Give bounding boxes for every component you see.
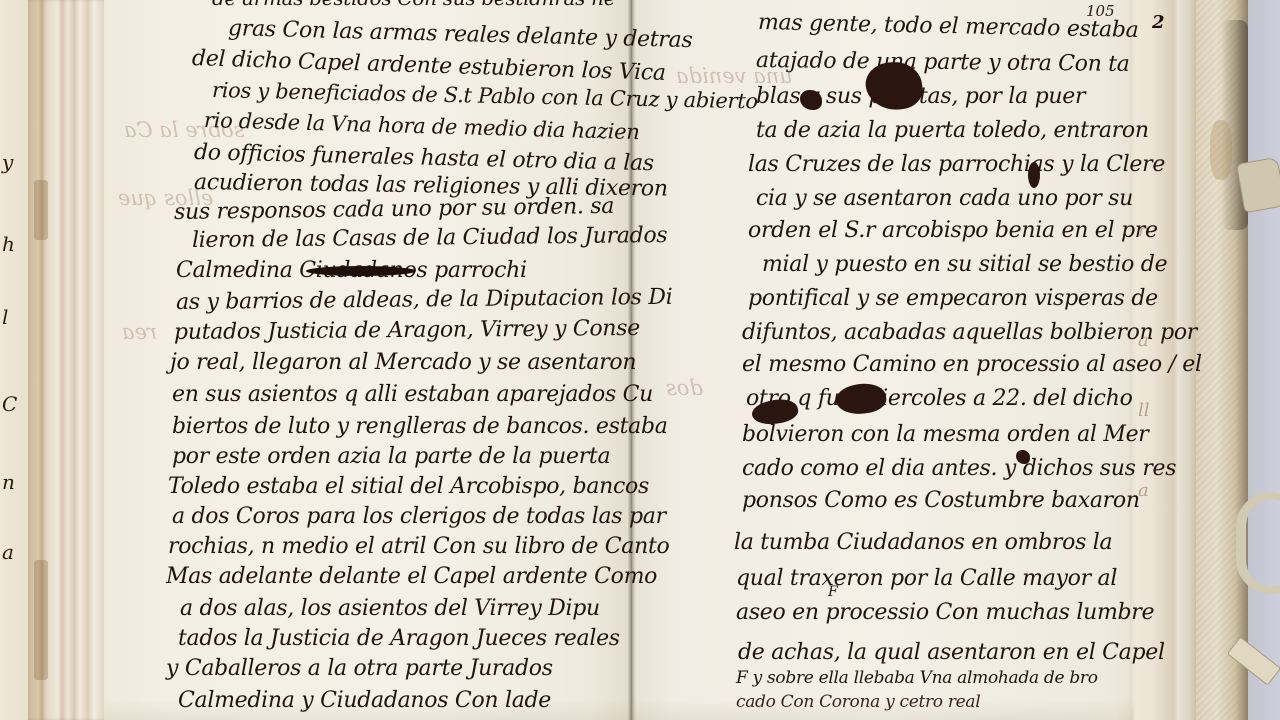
manuscript-line: de armas bestidos Con sus bestidnras ne xyxy=(212,0,615,10)
previous-page-fragment: l xyxy=(2,305,7,329)
bleed-through-text: rea xyxy=(122,320,157,344)
manuscript-line: tados la Justicia de Aragon Jueces reale… xyxy=(178,626,620,651)
binding-page-edges-left xyxy=(28,0,110,720)
manuscript-line: biertos de luto y renglleras de bancos. … xyxy=(172,414,668,439)
tie-ribbon xyxy=(1236,157,1280,214)
water-stain xyxy=(1210,120,1232,180)
manuscript-line: lieron de las Casas de la Ciudad los Jur… xyxy=(192,223,668,253)
manuscript-line: a dos Coros para los clerigos de todas l… xyxy=(172,504,666,529)
manuscript-line: difuntos, acabadas aquellas bolbieron po… xyxy=(742,320,1197,345)
manuscript-line: ta de azia la puerta toledo, entraron xyxy=(756,118,1149,143)
manuscript-line: en sus asientos q alli estaban aparejado… xyxy=(172,382,653,407)
interlinear-mark: F xyxy=(828,584,837,600)
previous-page-fragment: a xyxy=(2,540,13,564)
previous-page-fragment: n xyxy=(2,470,14,494)
manuscript-line: cia y se asentaron cada uno por su xyxy=(756,186,1133,211)
manuscript-line: jo real, llegaron al Mercado y se asenta… xyxy=(170,350,636,375)
ink-blot xyxy=(800,90,822,110)
tie-ribbon-loop xyxy=(1236,492,1280,594)
manuscript-line: las Cruzes de las parrochias y la Clere xyxy=(748,152,1165,177)
ink-strikethrough xyxy=(306,266,416,276)
manuscript-line: orden el S.r arcobispo benia en el pre xyxy=(748,218,1158,243)
ink-blot xyxy=(1016,450,1030,464)
previous-page-fragment: y xyxy=(2,150,12,174)
manuscript-line: F y sobre ella llebaba Vna almohada de b… xyxy=(736,668,1098,688)
manuscript-line: rochias, n medio el atril Con su libro d… xyxy=(168,534,669,559)
previous-page-fragment: C xyxy=(2,392,16,416)
manuscript-photo: y h l C n a sobre la Ca ellos que rea un… xyxy=(0,0,1280,720)
stain xyxy=(34,560,48,680)
ink-blot xyxy=(1028,162,1040,188)
manuscript-line: de achas, la qual asentaron en el Capel xyxy=(738,640,1165,665)
bleed-through-text: dos xyxy=(666,376,703,400)
manuscript-line: y Caballeros a la otra parte Jurados xyxy=(166,656,553,681)
page-shadow xyxy=(104,700,1134,720)
manuscript-line: bolvieron con la mesma orden al Mer xyxy=(742,422,1149,447)
vellum-cover xyxy=(1196,0,1248,720)
manuscript-line: Mas adelante delante el Capel ardente Co… xyxy=(166,564,657,589)
manuscript-line: por este orden azia la parte de la puert… xyxy=(172,444,610,469)
manuscript-line: as y barrios de aldeas, de la Diputacion… xyxy=(176,285,673,315)
margin-mark: 2 xyxy=(1152,12,1165,33)
manuscript-line: el mesmo Camino en processio al aseo / e… xyxy=(742,352,1202,377)
manuscript-line: a dos alas, los asientos del Virrey Dipu xyxy=(180,596,600,621)
manuscript-line: putados Justicia de Aragon, Virrey y Con… xyxy=(174,316,640,345)
previous-page-fragment: h xyxy=(2,232,14,256)
manuscript-line: Toledo estaba el sitial del Arcobispo, b… xyxy=(168,474,649,499)
manuscript-line: mial y puesto en su sitial se bestio de xyxy=(762,252,1167,277)
manuscript-line: la tumba Ciudadanos en ombros la xyxy=(734,530,1112,555)
manuscript-line: pontifical y se empecaron visperas de xyxy=(748,286,1158,311)
manuscript-line: atajado de una parte y otra Con ta xyxy=(756,48,1130,77)
manuscript-line: ponsos Como es Costumbre baxaron xyxy=(742,488,1140,513)
manuscript-line: cado como el dia antes. y dichos sus res xyxy=(742,456,1176,481)
manuscript-line: qual traxeron por la Calle mayor al xyxy=(736,566,1117,591)
manuscript-line: aseo en processio Con muchas lumbre xyxy=(736,600,1154,625)
stain xyxy=(34,180,48,240)
manuscript-line: otro q fue Miercoles a 22. del dicho xyxy=(746,386,1133,411)
